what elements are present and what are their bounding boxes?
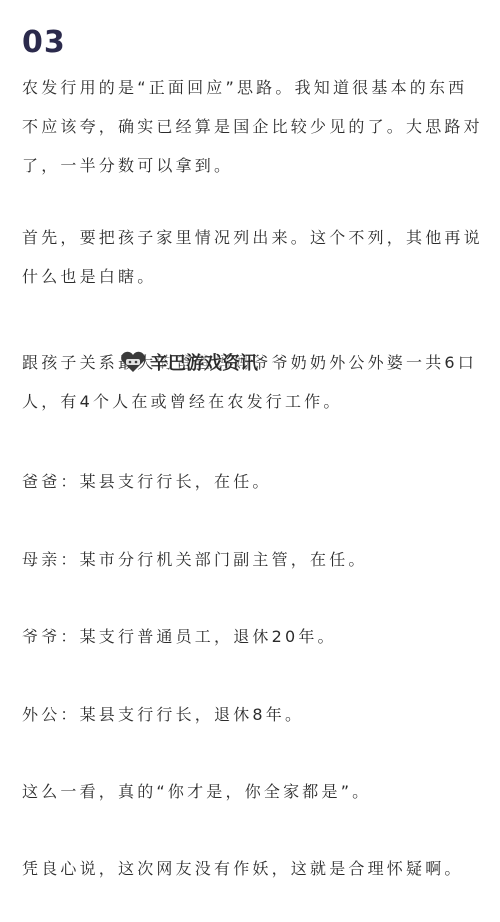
heart-badge-icon: [120, 351, 146, 373]
paragraph-4: 爸爸：某县支行行长，在任。: [22, 462, 484, 501]
paragraph-8: 这么一看，真的“你才是，你全家都是”。: [22, 772, 484, 811]
section-number-heading: 03: [22, 26, 66, 60]
paragraph-6: 爷爷：某支行普通员工，退休20年。: [22, 617, 484, 656]
watermark: 辛巴游戏资讯: [120, 350, 258, 374]
paragraph-1: 农发行用的是“正面回应”思路。我知道很基本的东西 不应该夸，确实已经算是国企比较…: [22, 68, 484, 185]
paragraph-5: 母亲：某市分行机关部门副主管，在任。: [22, 540, 484, 579]
watermark-text: 辛巴游戏资讯: [150, 349, 258, 375]
paragraph-9: 凭良心说，这次网友没有作妖，这就是合理怀疑啊。: [22, 849, 484, 888]
paragraph-2: 首先，要把孩子家里情况列出来。这个不列，其他再说 什么也是白瞎。: [22, 218, 484, 296]
paragraph-7: 外公：某县支行行长，退休8年。: [22, 695, 484, 734]
